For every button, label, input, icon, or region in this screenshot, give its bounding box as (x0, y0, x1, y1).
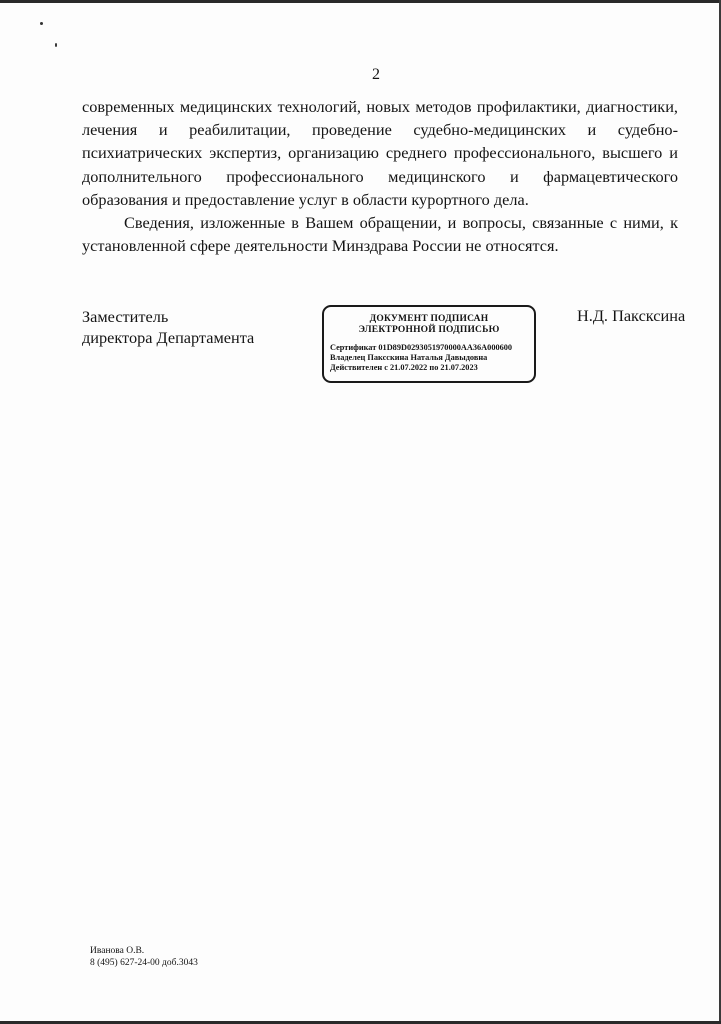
scan-speck (40, 22, 43, 25)
scan-top-edge (0, 0, 721, 3)
stamp-heading-line-1: ДОКУМЕНТ ПОДПИСАН (324, 314, 534, 325)
page-number: 2 (372, 66, 380, 84)
stamp-heading: ДОКУМЕНТ ПОДПИСАН ЭЛЕКТРОННОЙ ПОДПИСЬЮ (324, 314, 534, 336)
signer-title-line-2: директора Департамента (82, 327, 254, 348)
scan-speck (55, 43, 57, 47)
signer-name: Н.Д. Паксксина (577, 306, 685, 326)
executor-info: Иванова О.В. 8 (495) 627-24-00 доб.3043 (90, 945, 198, 969)
signer-title-line-1: Заместитель (82, 306, 254, 327)
letter-body: современных медицинских технологий, новы… (82, 95, 678, 257)
electronic-signature-stamp: ДОКУМЕНТ ПОДПИСАН ЭЛЕКТРОННОЙ ПОДПИСЬЮ С… (322, 305, 536, 383)
signer-title: Заместитель директора Департамента (82, 306, 254, 348)
body-paragraph-1: современных медицинских технологий, новы… (82, 95, 678, 211)
executor-phone: 8 (495) 627-24-00 доб.3043 (90, 957, 198, 969)
stamp-heading-line-2: ЭЛЕКТРОННОЙ ПОДПИСЬЮ (324, 325, 534, 336)
body-paragraph-2: Сведения, изложенные в Вашем обращении, … (82, 211, 678, 257)
stamp-details: Сертификат 01D89D0293051970000AA36A00060… (330, 343, 534, 373)
stamp-certificate: Сертификат 01D89D0293051970000AA36A00060… (330, 343, 534, 353)
executor-name: Иванова О.В. (90, 945, 198, 957)
stamp-validity: Действителен с 21.07.2022 по 21.07.2023 (330, 363, 534, 373)
stamp-owner: Владелец Паксскина Наталья Давыдовна (330, 353, 534, 363)
